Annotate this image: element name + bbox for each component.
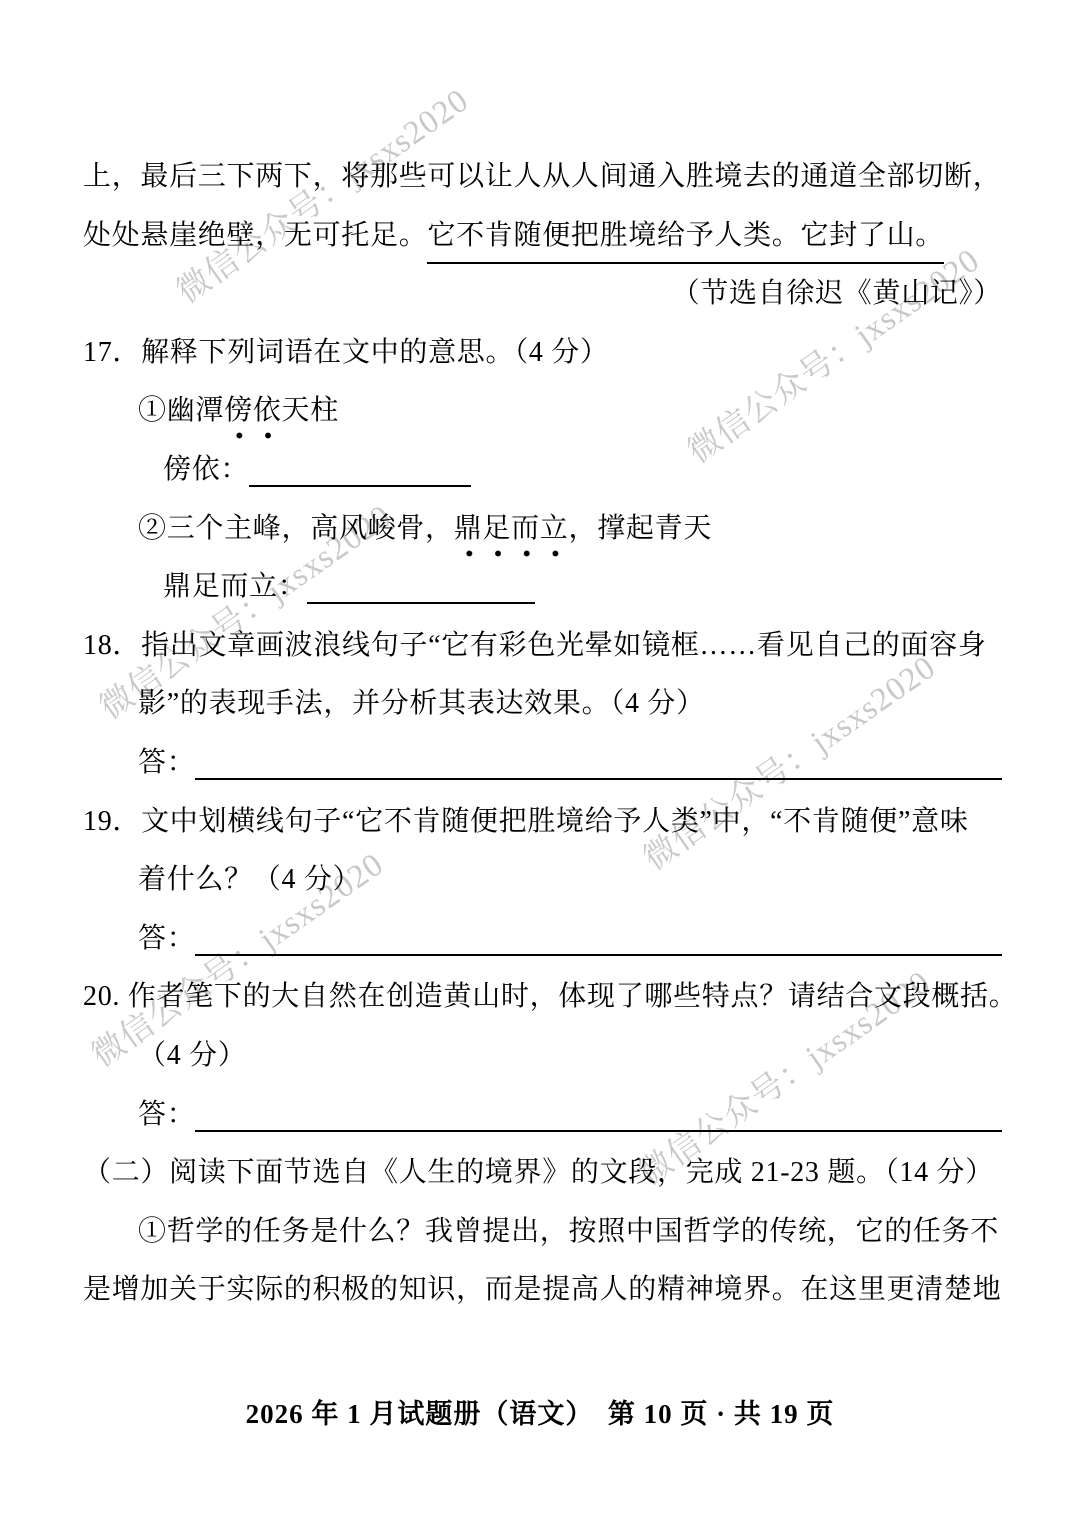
q20-answer-row: 答： [83, 1086, 1002, 1145]
section-2-paragraph-line-1: ①哲学的任务是什么？我曾提出，按照中国哲学的传统，它的任务不 [83, 1203, 1002, 1262]
q17-item1-answer-row: 傍依： [83, 441, 1002, 500]
q17-item2-answer-blank [307, 558, 535, 617]
q17-item2-emphasized-word: 鼎足而立 [454, 500, 569, 559]
q19-answer-blank [195, 910, 1002, 969]
q20-line-2: （4 分） [83, 1027, 1002, 1086]
passage-underlined-sentence: 它不肯随便把胜境给予人类。它封了山。 [427, 220, 944, 264]
section-2-heading: （二）阅读下面节选自《人生的境界》的文段，完成 21-23 题。（14 分） [83, 1144, 1002, 1203]
q18-answer-row: 答： [83, 734, 1002, 793]
q17-item1-answer-blank [249, 441, 471, 500]
q20-line-1: 20. 作者笔下的大自然在创造黄山时，体现了哪些特点？请结合文段概括。 [83, 968, 1002, 1027]
exam-page: 微信公众号：jxsxs2020 微信公众号：jxsxs2020 微信公众号：jx… [0, 0, 1080, 1525]
passage-line-2-plain: 处处悬崖绝壁，无可托足。 [83, 220, 427, 251]
q17-item1-emphasized-word: 傍依 [224, 382, 281, 441]
page-footer: 2026 年 1 月试题册（语文） 第 10 页 · 共 19 页 [0, 1392, 1080, 1431]
q19-line-2: 着什么？（4 分） [83, 851, 1002, 910]
q19-answer-label: 答： [138, 910, 195, 969]
section-2-paragraph-line-2: 是增加关于实际的积极的知识，而是提高人的精神境界。在这里更清楚地 [83, 1261, 1002, 1320]
q17-item1-post: 天柱 [282, 395, 339, 426]
q17-item1: ①幽潭傍依天柱 [83, 382, 1002, 441]
q17-item1-pre: ①幽潭 [138, 395, 224, 426]
q19-line-1: 19．文中划横线句子“它不肯随便把胜境给予人类”中，“不肯随便”意味 [83, 793, 1002, 852]
passage-source: （节选自徐迟《黄山记》） [83, 265, 1002, 324]
passage-line-2: 处处悬崖绝壁，无可托足。它不肯随便把胜境给予人类。它封了山。 [83, 207, 1002, 266]
q20-answer-blank [195, 1086, 1002, 1145]
q18-line-2: 影”的表现手法，并分析其表达效果。（4 分） [83, 675, 1002, 734]
q17-item2-post: ，撑起青天 [569, 513, 713, 544]
q17-item2-answer-label: 鼎足而立： [163, 558, 307, 617]
q17-item2-answer-row: 鼎足而立： [83, 558, 1002, 617]
q18-answer-label: 答： [138, 734, 195, 793]
q17-item1-answer-label: 傍依： [163, 441, 249, 500]
q19-answer-row: 答： [83, 910, 1002, 969]
q18-answer-blank [195, 734, 1002, 793]
q17-stem: 17．解释下列词语在文中的意思。（4 分） [83, 324, 1002, 383]
q17-item2-pre: ②三个主峰，高风峻骨， [138, 513, 454, 544]
passage-line-1: 上，最后三下两下，将那些可以让人从人间通入胜境去的通道全部切断， [83, 148, 1002, 207]
q18-line-1: 18．指出文章画波浪线句子“它有彩色光晕如镜框……看见自己的面容身 [83, 617, 1002, 676]
q20-answer-label: 答： [138, 1086, 195, 1145]
q17-item2: ②三个主峰，高风峻骨，鼎足而立，撑起青天 [83, 500, 1002, 559]
page-content: 上，最后三下两下，将那些可以让人从人间通入胜境去的通道全部切断， 处处悬崖绝壁，… [83, 148, 1002, 1320]
